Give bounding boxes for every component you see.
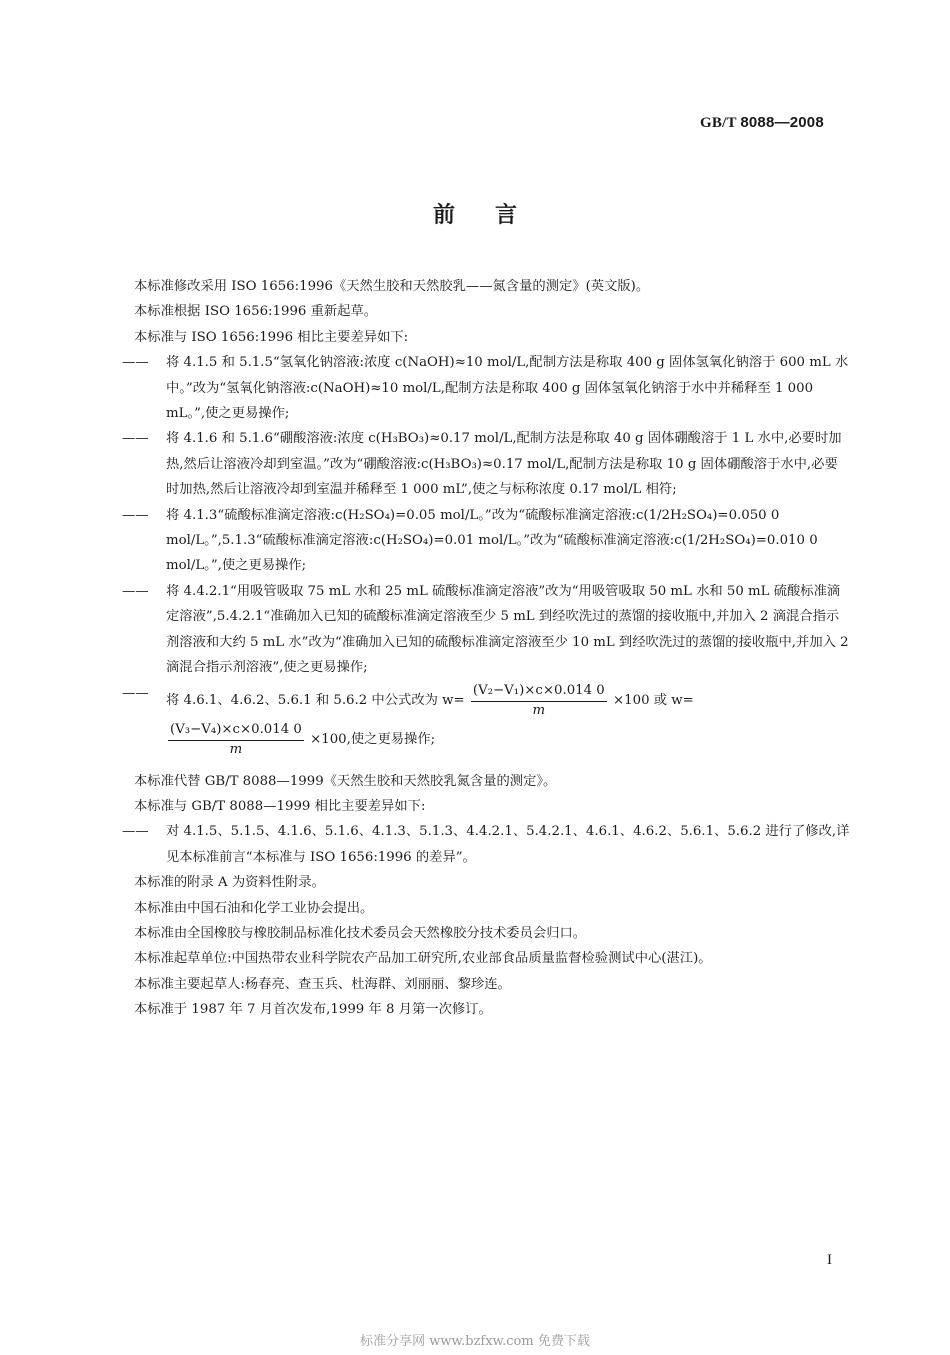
document-body: 本标准修改采用 ISO 1656:1996《天然生胶和天然胶乳——氮含量的测定》… bbox=[122, 274, 850, 1023]
paragraph-iso-diff-intro: 本标准与 ISO 1656:1996 相比主要差异如下: bbox=[122, 325, 850, 350]
list-item-text: 将 4.4.2.1“用吸管吸取 75 mL 水和 25 mL 硫酸标准滴定溶液”… bbox=[166, 584, 849, 675]
list-item-text: 将 4.1.3“硫酸标准滴定溶液:c(H₂SO₄)=0.05 mol/L。”改为… bbox=[166, 508, 818, 574]
formula-fraction-2: (V₃−V₄)×c×0.014 0 m bbox=[168, 720, 304, 759]
watermark: 标准分享网 www.bzfxw.com 免费下载 bbox=[0, 1330, 950, 1349]
fraction-numerator: (V₂−V₁)×c×0.014 0 bbox=[471, 681, 607, 702]
formula-fraction-1: (V₂−V₁)×c×0.014 0 m bbox=[471, 681, 607, 720]
paragraph-proposer: 本标准由中国石油和化学工业协会提出。 bbox=[122, 896, 850, 921]
page-number: I bbox=[827, 1252, 832, 1269]
list-item-text: 对 4.1.5、5.1.5、4.1.6、5.1.6、4.1.3、5.1.3、4.… bbox=[166, 824, 849, 864]
list-item-sulfuric-acid: ——将 4.1.3“硫酸标准滴定溶液:c(H₂SO₄)=0.05 mol/L。”… bbox=[122, 503, 850, 579]
em-dash: —— bbox=[122, 819, 166, 844]
paragraph-history: 本标准于 1987 年 7 月首次发布,1999 年 8 月第一次修订。 bbox=[122, 997, 850, 1022]
paragraph-annex: 本标准的附录 A 为资料性附录。 bbox=[122, 870, 850, 895]
list-item-formula: —— 将 4.6.1、4.6.2、5.6.1 和 5.6.2 中公式改为 w= … bbox=[122, 681, 850, 739]
em-dash: —— bbox=[122, 426, 166, 451]
paragraph-adoption: 本标准修改采用 ISO 1656:1996《天然生胶和天然胶乳——氮含量的测定》… bbox=[122, 274, 850, 299]
paragraph-drafting-units: 本标准起草单位:中国热带农业科学院农产品加工研究所,农业部食品质量监督检验测试中… bbox=[122, 946, 850, 971]
em-dash: —— bbox=[122, 350, 166, 375]
fraction-numerator: (V₃−V₄)×c×0.014 0 bbox=[168, 720, 304, 741]
em-dash: —— bbox=[122, 681, 149, 706]
list-item-pipette: ——将 4.4.2.1“用吸管吸取 75 mL 水和 25 mL 硫酸标准滴定溶… bbox=[122, 579, 850, 681]
paragraph-gbt-diff-intro: 本标准与 GB/T 8088—1999 相比主要差异如下: bbox=[122, 794, 850, 819]
standard-prefix: GB/T bbox=[700, 115, 736, 131]
paragraph-replaces: 本标准代替 GB/T 8088—1999《天然生胶和天然胶乳氮含量的测定》。 bbox=[122, 769, 850, 794]
fraction-denominator: m bbox=[168, 741, 304, 759]
em-dash: —— bbox=[122, 579, 166, 604]
formula-lead: 将 4.6.1、4.6.2、5.6.1 和 5.6.2 中公式改为 w= bbox=[166, 693, 465, 708]
list-item-text: 将 4.1.6 和 5.1.6“硼酸溶液:浓度 c(H₃BO₃)≈0.17 mo… bbox=[166, 431, 842, 497]
em-dash: —— bbox=[122, 503, 166, 528]
standard-code: GB/T 8088—2008 bbox=[700, 114, 824, 132]
list-item-text: 将 4.1.5 和 5.1.5“氢氧化钠溶液:浓度 c(NaOH)≈10 mol… bbox=[166, 355, 848, 421]
fraction-denominator: m bbox=[471, 702, 607, 720]
paragraph-drafters: 本标准主要起草人:杨春亮、查玉兵、杜海群、刘丽丽、黎珍连。 bbox=[122, 972, 850, 997]
list-item-modified-clauses: ——对 4.1.5、5.1.5、4.1.6、5.1.6、4.1.3、5.1.3、… bbox=[122, 819, 850, 870]
paragraph-redraft: 本标准根据 ISO 1656:1996 重新起草。 bbox=[122, 299, 850, 324]
paragraph-technical-committee: 本标准由全国橡胶与橡胶制品标准化技术委员会天然橡胶分技术委员会归口。 bbox=[122, 921, 850, 946]
list-item-boric-acid: ——将 4.1.6 和 5.1.6“硼酸溶液:浓度 c(H₃BO₃)≈0.17 … bbox=[122, 426, 850, 502]
formula-tail: ×100,使之更易操作; bbox=[310, 732, 435, 747]
formula-middle: ×100 或 w= bbox=[613, 693, 694, 708]
page-title: 前言 bbox=[0, 198, 950, 229]
standard-number: 8088—2008 bbox=[740, 114, 824, 131]
list-item-naoh: ——将 4.1.5 和 5.1.5“氢氧化钠溶液:浓度 c(NaOH)≈10 m… bbox=[122, 350, 850, 426]
